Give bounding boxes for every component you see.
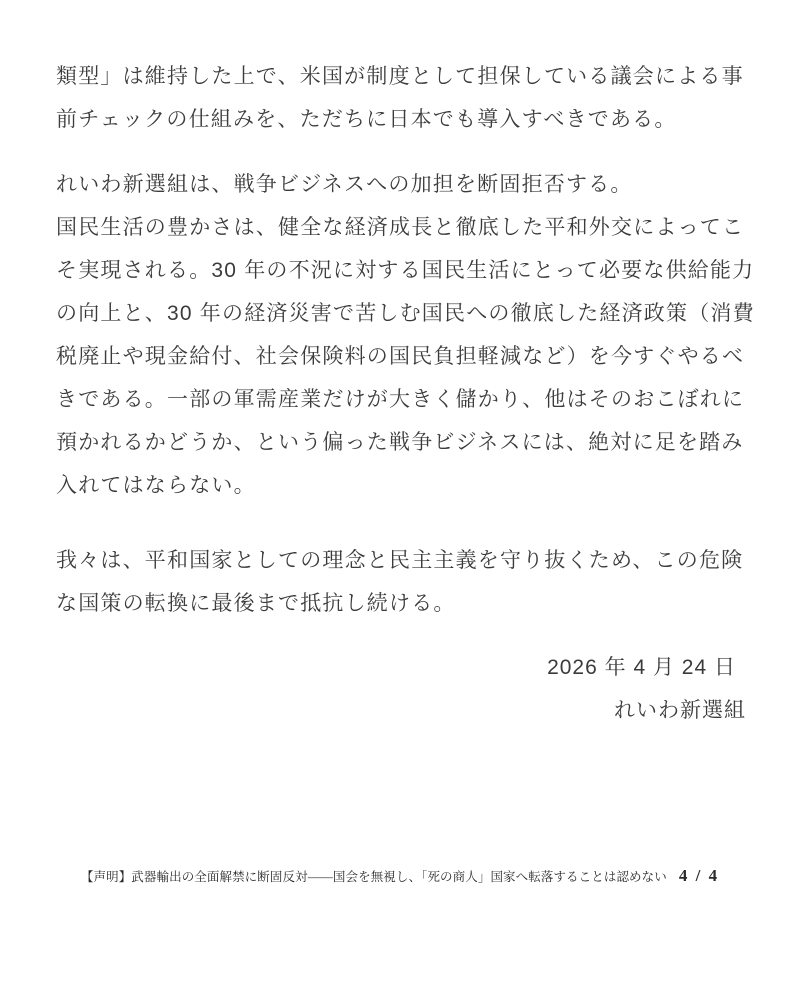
document-page: 類型」は維持した上で、米国が制度として担保している議会による事 前チェックの仕組…	[0, 0, 800, 1002]
page-footer: 【声明】武器輸出の全面解禁に断固反対――国会を無視し、「死の商人」国家へ転落する…	[0, 866, 800, 886]
document-date: 2026 年 4 月 24 日	[56, 646, 746, 689]
paragraph-2-line-3: そ実現される。30 年の不況に対する国民生活にとって必要な供給能力	[56, 249, 746, 292]
document-signature: れいわ新選組	[56, 689, 746, 732]
paragraph-2-line-6: きである。一部の軍需産業だけが大きく儲かり、他はそのおこぼれに	[56, 378, 746, 421]
paragraph-2-line-5: 税廃止や現金給付、社会保険料の国民負担軽減など）を今すぐやるべ	[56, 335, 746, 378]
date-signature-block: 2026 年 4 月 24 日 れいわ新選組	[56, 646, 746, 732]
paragraph-1-line-2: 前チェックの仕組みを、ただちに日本でも導入すべきである。	[56, 98, 746, 141]
footer-page-number: 4 / 4	[679, 866, 719, 885]
paragraph-2-line-1: れいわ新選組は、戦争ビジネスへの加担を断固拒否する。	[56, 163, 746, 206]
paragraph-2-line-7: 預かれるかどうか、という偏った戦争ビジネスには、絶対に足を踏み	[56, 421, 746, 464]
paragraph-3-line-1: 我々は、平和国家としての理念と民主主義を守り抜くため、この危険	[56, 539, 746, 582]
paragraph-2: れいわ新選組は、戦争ビジネスへの加担を断固拒否する。 国民生活の豊かさは、健全な…	[56, 163, 746, 507]
paragraph-2-line-4: の向上と、30 年の経済災害で苦しむ国民への徹底した経済政策（消費	[56, 292, 746, 335]
paragraph-2-line-8: 入れてはならない。	[56, 464, 746, 507]
footer-statement-title: 【声明】武器輸出の全面解禁に断固反対――国会を無視し、「死の商人」国家へ転落する…	[81, 870, 667, 884]
paragraph-1-line-1: 類型」は維持した上で、米国が制度として担保している議会による事	[56, 55, 746, 98]
paragraph-1: 類型」は維持した上で、米国が制度として担保している議会による事 前チェックの仕組…	[56, 55, 746, 141]
paragraph-3: 我々は、平和国家としての理念と民主主義を守り抜くため、この危険 な国策の転換に最…	[56, 539, 746, 625]
paragraph-2-line-2: 国民生活の豊かさは、健全な経済成長と徹底した平和外交によってこ	[56, 206, 746, 249]
paragraph-3-line-2: な国策の転換に最後まで抵抗し続ける。	[56, 582, 746, 625]
